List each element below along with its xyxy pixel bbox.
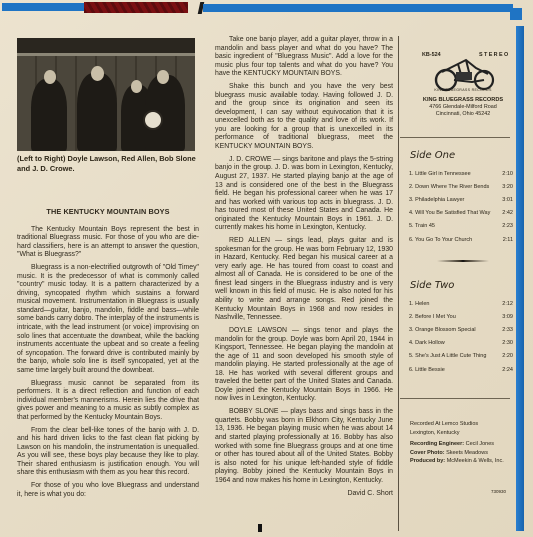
cover-edge-blue xyxy=(203,4,513,12)
record-company-name: KING BLUEGRASS RECORDS xyxy=(413,97,513,104)
address-line: Cincinnati, Ohio 45242 xyxy=(413,111,513,118)
paragraph: Bluegrass is a non-electrified outgrowth… xyxy=(17,264,199,375)
cover-edge-blue xyxy=(2,3,84,11)
credit-engineer: Recording Engineer: Cecil Jones xyxy=(410,440,515,449)
track-row: 4. Will You Be Satisfied That Way2:42 xyxy=(409,207,513,220)
photo-caption: (Left to Right) Doyle Lawson, Red Allen,… xyxy=(17,154,199,174)
side-two-tracklist: 1. Helen2:12 2. Before I Met You3:09 3. … xyxy=(409,297,513,376)
paragraph: For those of you who love Bluegrass and … xyxy=(17,482,199,499)
cover-edge-blue-right xyxy=(516,26,524,531)
track-row: 2. Down Where The River Bends3:20 xyxy=(409,180,513,193)
catalog-code: 730930 xyxy=(491,489,506,494)
paragraph: The Kentucky Mountain Boys represent the… xyxy=(17,226,199,260)
motorcycle-logo-icon xyxy=(432,58,498,92)
print-mark xyxy=(258,524,262,532)
track-row: 1. Helen2:12 xyxy=(409,297,513,310)
liner-notes-right: Take one banjo player, add a guitar play… xyxy=(215,36,393,499)
credit-producer: Produced by: McMeekin & Wells, Inc. xyxy=(410,457,515,466)
track-row: 5. She's Just A Little Cute Thing2:20 xyxy=(409,350,513,363)
address-line: 4766 Glendale-Milford Road xyxy=(413,104,513,111)
divider xyxy=(400,398,510,399)
author-signature: David C. Short xyxy=(215,490,393,499)
track-row: 2. Before I Met You3:09 xyxy=(409,310,513,323)
recorded-at: Recorded At Lemco Studios xyxy=(410,420,515,429)
logo-caption: KING BLUEGRASS RECORDS xyxy=(418,88,508,92)
band-photo xyxy=(17,38,195,151)
liner-notes-left: THE KENTUCKY MOUNTAIN BOYS The Kentucky … xyxy=(17,203,199,504)
bio-jd-crowe: J. D. CROWE — sings baritone and plays t… xyxy=(215,156,393,233)
track-row: 1. Little Girl in Tennessee2:10 xyxy=(409,167,513,180)
track-row: 3. Philadelphia Lawyer3:01 xyxy=(409,193,513,206)
track-row: 3. Orange Blossom Special2:33 xyxy=(409,323,513,336)
bio-red-allen: RED ALLEN — sings lead, plays guitar and… xyxy=(215,237,393,322)
liner-notes-heading: THE KENTUCKY MOUNTAIN BOYS xyxy=(17,208,199,217)
column-divider xyxy=(398,36,399,531)
side-two-title: Side Two xyxy=(410,280,454,291)
track-row: 6. You Go To Your Church2:11 xyxy=(409,233,513,246)
paragraph: Shake this bunch and you have the very b… xyxy=(215,83,393,151)
track-row: 5. Train 452:23 xyxy=(409,220,513,233)
record-label-address: KING BLUEGRASS RECORDS 4766 Glendale-Mil… xyxy=(413,97,513,119)
divider xyxy=(437,260,489,262)
side-one-title: Side One xyxy=(410,150,455,161)
credit-cover-photo: Cover Photo: Skeets Meadows xyxy=(410,449,515,458)
paragraph: Take one banjo player, add a guitar play… xyxy=(215,36,393,79)
paragraph: From the clear bell-like tones of the ba… xyxy=(17,427,199,478)
side-one-tracklist: 1. Little Girl in Tennessee2:10 2. Down … xyxy=(409,167,513,246)
paragraph: Bluegrass music cannot be separated from… xyxy=(17,380,199,423)
credits: Recorded At Lemco Studios Lexington, Ken… xyxy=(410,420,515,466)
recorded-location: Lexington, Kentucky xyxy=(410,429,515,438)
cover-edge-red xyxy=(84,2,188,13)
cover-edge-blue xyxy=(510,8,522,20)
track-row: 6. Little Bessie2:24 xyxy=(409,363,513,376)
divider xyxy=(400,137,510,138)
bio-bobby-slone: BOBBY SLONE — plays bass and sings bass … xyxy=(215,408,393,485)
bio-doyle-lawson: DOYLE LAWSON — sings tenor and plays the… xyxy=(215,327,393,404)
track-row: 4. Dark Hollow2:30 xyxy=(409,337,513,350)
